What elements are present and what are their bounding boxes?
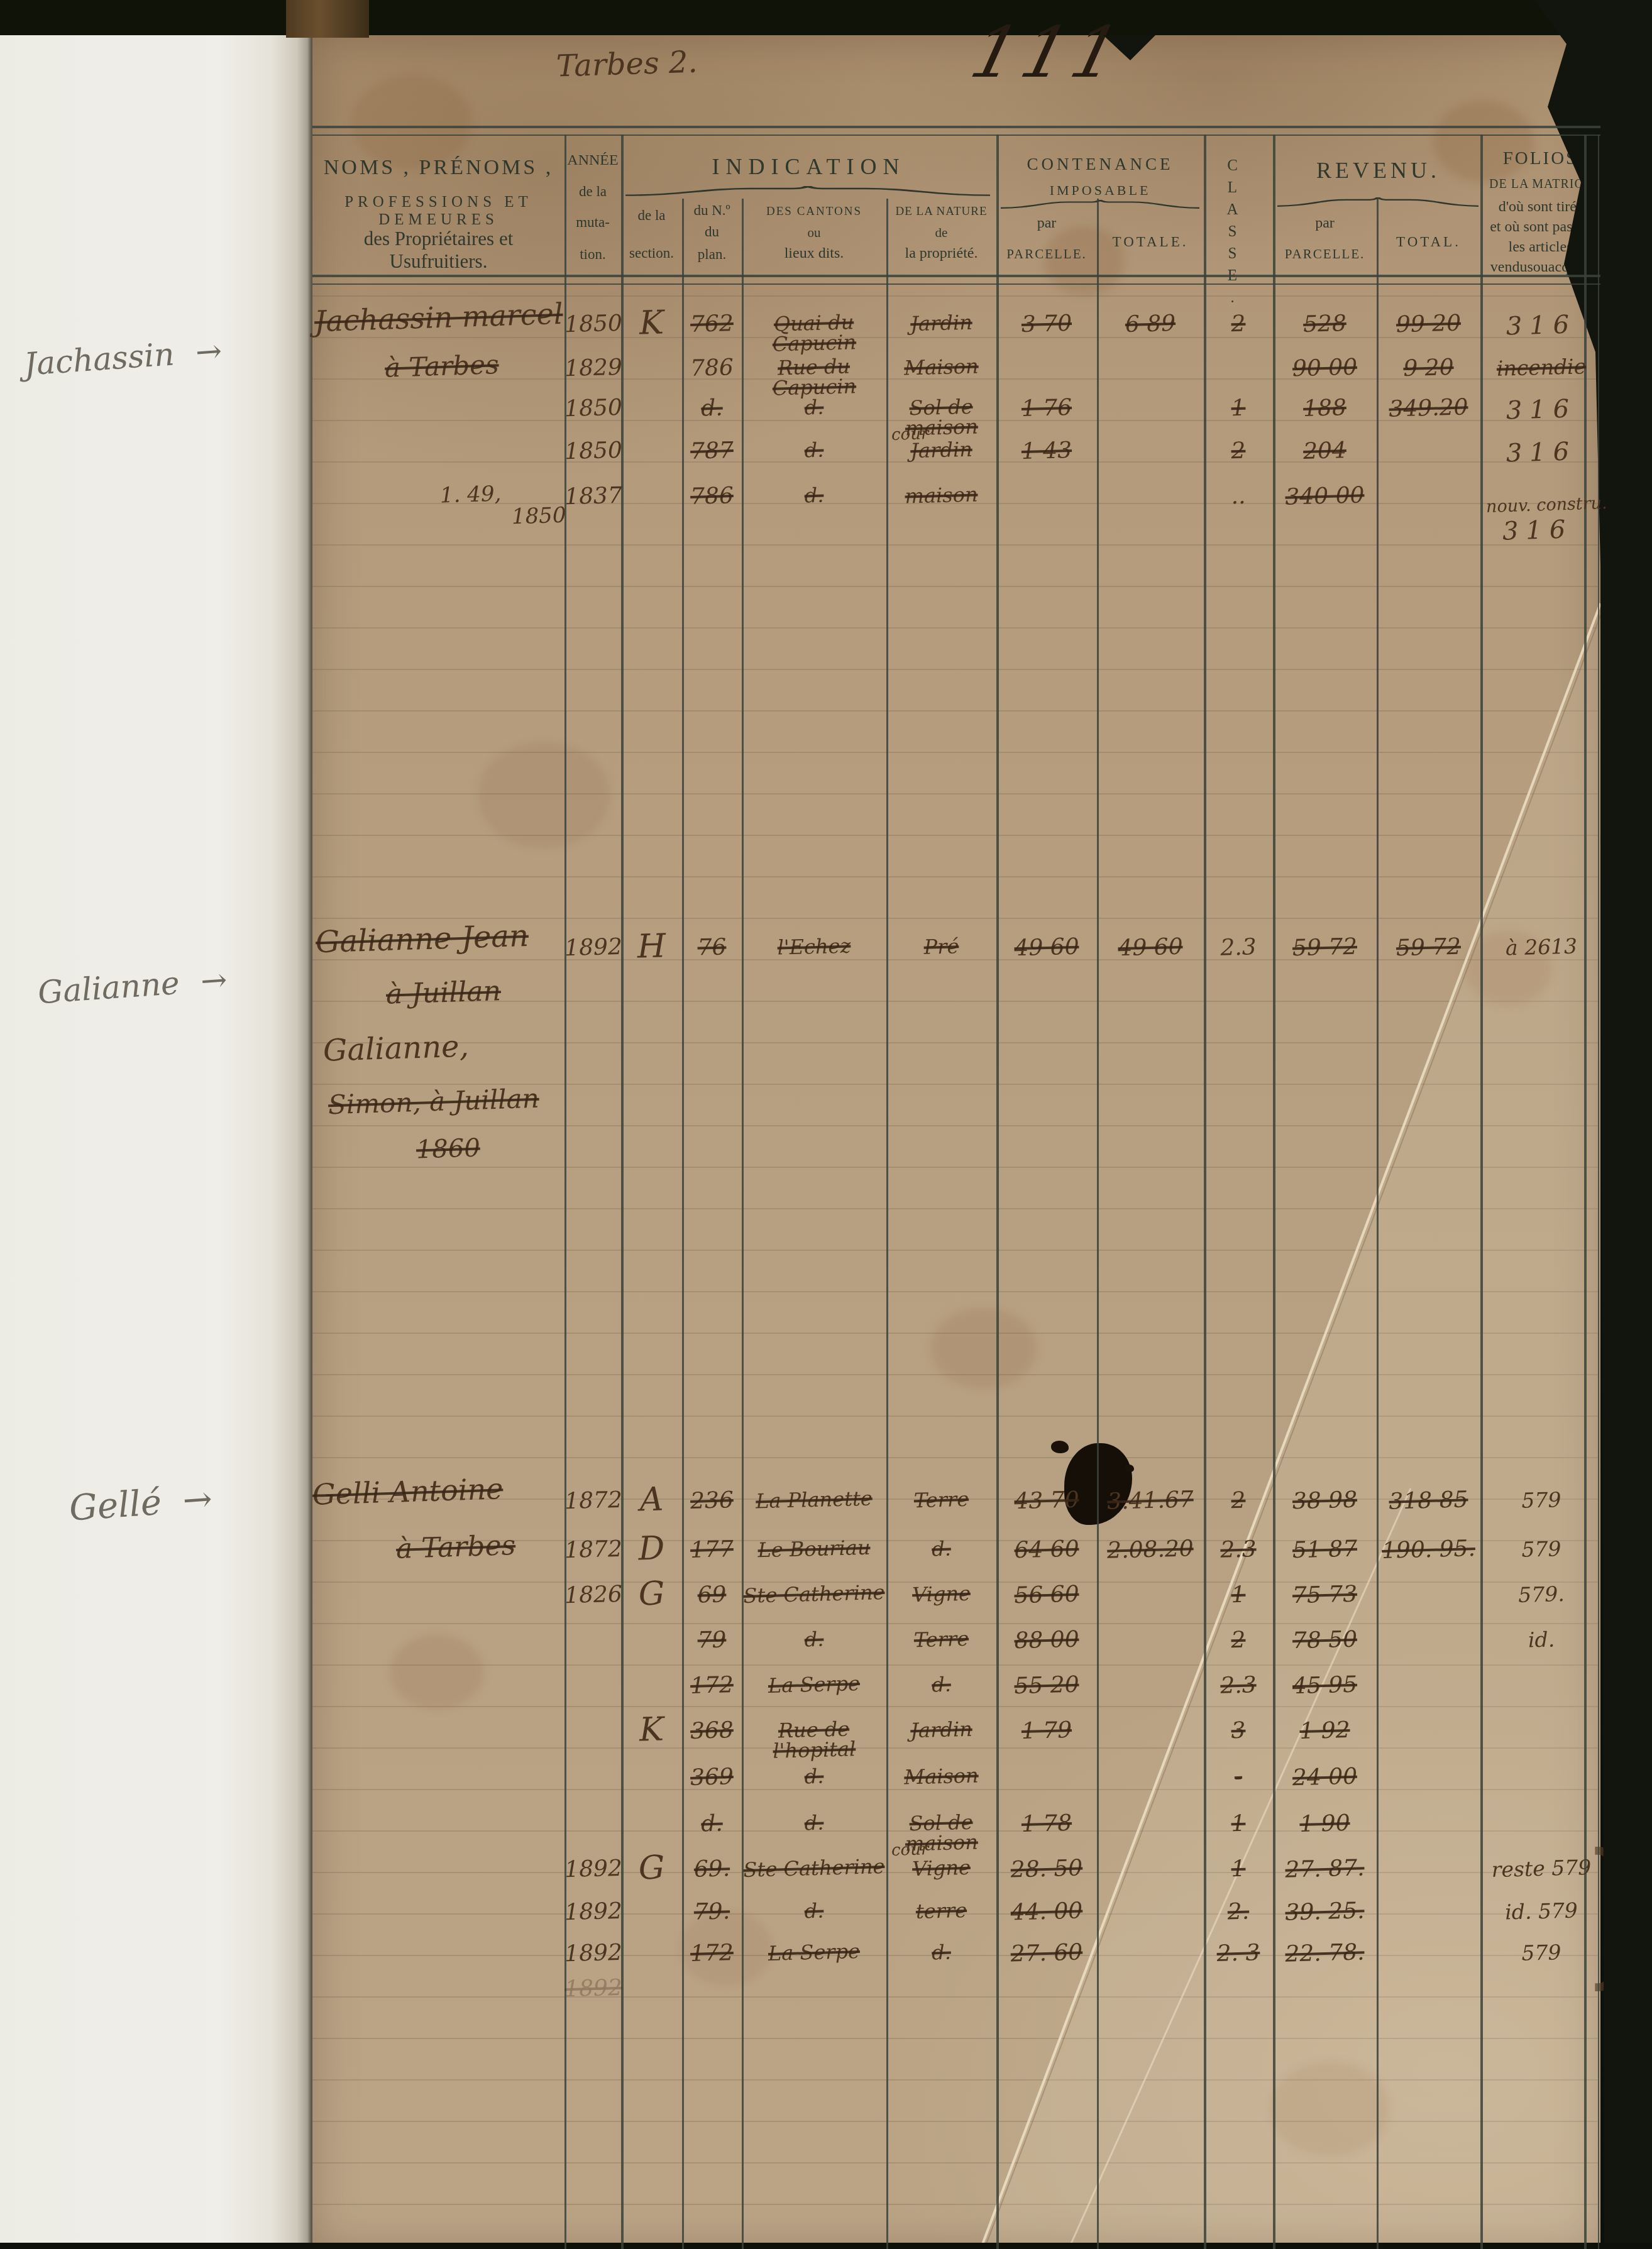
entry-gellé-row1-section: D [620,1532,682,1566]
entry-gellé-row10-plan: 172 [682,1942,742,1966]
annotation-galianne-4: 1860 [416,1135,480,1162]
entry-gellé-row8-rev_parc: 27. 87. [1273,1857,1377,1882]
entry-galianne-row0-cont_tot: 49 60 [1097,935,1204,960]
table-rule-h [312,283,1600,285]
table-rule-h [312,126,1600,128]
annotation-galianne-2: Galianne, [322,1031,469,1065]
entry-jachassin-row2-rev_parc: 188 [1273,396,1377,421]
entry-gellé-row4-rev_parc: 45 95 [1273,1673,1377,1698]
entry-jachassin-row2-rev_tot: 349.20 [1377,396,1481,421]
entry-gellé-row5-section: K [620,1713,682,1747]
entry-gellé-row1-folio: 579 [1482,1537,1601,1561]
entry-gellé-row1-plan: 177 [682,1538,742,1562]
annotation-gellé-1: à Tarbes [395,1532,515,1563]
entry-jachassin-row0-cont_parc: 3 70 [996,312,1098,337]
entry-gellé-row2-canton: Ste Catherine [742,1582,887,1606]
entry-gellé-row4-plan: 172 [682,1674,742,1698]
entry-gellé-row6-rev_parc: 24 00 [1273,1765,1377,1790]
entry-gellé-row2-plan: 69 [682,1583,742,1607]
entry-gellé-row8-canton: Ste Catherine [742,1856,887,1880]
entry-galianne-row0-cont_parc: 49 60 [996,935,1098,960]
entry-gellé-row5-cont_parc: 1 79 [996,1718,1098,1744]
entry-jachassin-row4-classe: .. [1204,485,1274,509]
entry-jachassin-row4-nature: maison [886,484,997,507]
entry-gellé-row0-plan: 236 [682,1489,742,1513]
annotation-galianne-0: Galianne Jean [315,921,529,958]
entry-gellé-row1-annee: 1872 [564,1538,623,1562]
entry-gellé-row4-canton: La Serpe [742,1673,887,1696]
entry-gellé-row5-canton: Rue de l'hopital [741,1718,887,1762]
entry-gellé-row3-plan: 79 [682,1629,742,1652]
entry-galianne-row0-annee: 1892 [564,936,623,960]
entry-gellé-row3-rev_parc: 78 50 [1273,1628,1377,1653]
entry-jachassin-row0-rev_tot: 99 20 [1377,312,1481,337]
entry-gellé-row1-canton: Le Bouriau [742,1537,887,1561]
entry-jachassin-row1-folio: incendie [1482,356,1601,380]
entry-jachassin-row1-plan: 786 [682,356,742,380]
entry-gellé-row9-rev_parc: 39. 25. [1273,1900,1377,1925]
entry-jachassin-row1-annee: 1829 [564,356,623,380]
table-rule-h [312,135,1600,136]
entry-gellé-row0-folio: 579 [1482,1488,1601,1512]
entry-gellé-row0-rev_tot: 318 85 [1377,1488,1481,1514]
entry-gellé-row8-cont_parc: 28. 50 [996,1857,1098,1882]
entry-gellé-row9-nature: terre [886,1900,997,1923]
entry-gellé-row0-cont_parc: 43 70 [996,1488,1098,1514]
entry-gellé-row2-section: G [620,1577,682,1612]
entry-gellé-row1-rev_parc: 51 87 [1273,1537,1377,1563]
entry-gellé-row1-classe: 2.3 [1204,1538,1274,1563]
entry-gellé-row4-classe: 2.3 [1204,1674,1274,1698]
annotation-jachassin-5: nouv. constru. [1486,495,1607,515]
entry-gellé-row6-canton: d. [742,1764,887,1788]
entry-galianne-row0-classe: 2.3 [1204,936,1274,960]
entry-gellé-row0-rev_parc: 38 98 [1273,1488,1377,1514]
entry-galianne-row0-folio: à 2613 [1482,935,1601,959]
entry-gellé-row4-cont_parc: 55 20 [996,1673,1098,1698]
entry-galianne-row0-nature: Pré [886,935,997,959]
entry-gellé-row7-classe: 1 [1204,1812,1274,1837]
annotation-galianne-1: à Juillan [385,977,501,1009]
entry-jachassin-row3-plan: 787 [682,439,742,463]
entry-gellé-row0-classe: 2 [1204,1489,1274,1514]
entry-jachassin-row0-annee: 1850 [564,312,623,336]
entry-jachassin-row1-rev_tot: 9 20 [1377,356,1481,381]
entry-galianne-row0-section: H [620,930,682,964]
entry-gellé-row3-folio: id. [1482,1628,1601,1652]
entry-gellé-row10-nature: d. [886,1941,997,1964]
entry-gellé-row1-cont_tot: 2.08.20 [1097,1537,1204,1563]
entry-gellé-row2-rev_parc: 75 73 [1273,1583,1377,1608]
entry-jachassin-row3-cont_parc: 1 43 [996,439,1098,464]
entry-gellé-row8-plan: 69. [682,1857,742,1881]
entry-gellé-row10-rev_parc: 22. 78. [1273,1941,1377,1966]
entry-galianne-row0-rev_tot: 59 72 [1377,935,1481,960]
entry-gellé-row8-folio: reste 579 [1482,1857,1601,1881]
entry-gellé-row4-nature: d. [886,1673,997,1696]
entry-gellé-row10-folio: 579 [1482,1941,1601,1965]
entry-gellé-row9-cont_parc: 44. 00 [996,1900,1098,1925]
entry-jachassin-row3-folio: 316 [1482,439,1601,467]
entry-jachassin-row0-classe: 2 [1204,312,1274,337]
entry-gellé-row0-canton: La Planette [742,1488,887,1512]
entry-jachassin-row3-classe: 2 [1204,439,1274,464]
entry-gellé-row7-canton: d. [742,1811,887,1835]
entry-gellé-row3-nature: Terre [886,1628,997,1651]
annotation-jachassin-6: 316 [1502,517,1573,544]
entry-gellé-row8-classe: 1 [1204,1857,1274,1882]
annotation-galianne-3: Simon, à Juillan [328,1086,539,1119]
entry-gellé-row5-rev_parc: 1 92 [1273,1718,1377,1744]
entry-jachassin-row4-plan: 786 [682,485,742,509]
annotation-jachassin-0: Jachassin marcel [314,299,563,336]
entry-gellé-row9-annee: 1892 [564,1900,623,1924]
annotation-jachassin-3: 1850 [511,505,566,528]
entry-galianne-row0-canton: l'Echez [742,935,887,959]
entry-jachassin-row3-annee: 1850 [564,439,623,463]
entry-jachassin-row2-plan: d. [682,397,742,421]
annotation-jachassin-2: 1. 49, [439,483,501,506]
entry-gellé-row6-classe: - [1204,1766,1274,1790]
entry-jachassin-row0-folio: 316 [1482,312,1601,340]
entry-gellé-row0-annee: 1872 [564,1489,623,1513]
entry-gellé-row1-rev_tot: 190. 95. [1377,1537,1481,1563]
entry-gellé-row9-folio: id. 579 [1482,1900,1601,1923]
entry-galianne-row0-rev_parc: 59 72 [1273,935,1377,960]
entry-jachassin-row2-folio: 316 [1482,396,1601,424]
entry-gellé-row11-annee: 1892 [564,1977,623,2001]
annotation-gellé-0: Gelli Antoine [312,1474,504,1509]
entry-gellé-row7-cont_parc: 1 78 [996,1812,1098,1837]
annotation-jachassin-4: cour [891,426,929,443]
entry-gellé-row9-plan: 79. [682,1900,742,1924]
entry-gellé-row7-rev_parc: 1 90 [1273,1812,1377,1837]
annotation-jachassin-1: à Tarbes [384,351,499,382]
entry-jachassin-row4-annee: 1837 [564,485,623,509]
entry-gellé-row3-canton: d. [742,1627,887,1651]
entry-jachassin-row1-rev_parc: 90 00 [1273,356,1377,381]
entry-gellé-row0-nature: Terre [886,1488,997,1512]
entry-gellé-row0-section: A [620,1483,682,1517]
entry-jachassin-row0-canton: Quai du Capucin [741,311,887,355]
entry-gellé-row6-plan: 369 [682,1766,742,1790]
entry-jachassin-row1-nature: Maison [886,356,997,379]
table-rule-h [312,275,1600,277]
entry-gellé-row5-plan: 368 [682,1719,742,1743]
entry-gellé-row3-cont_parc: 88 00 [996,1628,1098,1653]
entry-gellé-row10-annee: 1892 [564,1942,623,1966]
entry-jachassin-row4-rev_parc: 340 00 [1273,484,1377,509]
entry-gellé-row0-cont_tot: 3.41.67 [1097,1488,1204,1514]
entry-gellé-row9-classe: 2. [1204,1900,1274,1925]
entry-gellé-row8-annee: 1892 [564,1857,623,1881]
entry-jachassin-row0-plan: 762 [682,312,742,336]
entry-jachassin-row3-rev_parc: 204 [1273,439,1377,464]
entry-gellé-row2-folio: 579. [1482,1583,1601,1607]
entry-jachassin-row0-section: K [620,306,682,341]
entry-jachassin-row0-rev_parc: 528 [1273,312,1377,337]
entry-gellé-row8-nature: Vigne [886,1857,997,1880]
entry-gellé-row1-nature: d. [886,1537,997,1561]
entry-gellé-row10-classe: 2. 3 [1204,1942,1274,1966]
entry-gellé-row9-canton: d. [742,1899,887,1923]
entry-jachassin-row4-canton: d. [742,483,887,507]
entry-gellé-row2-classe: 1 [1204,1583,1274,1608]
scanned-register-spread: Tarbes 2. 111 NOMS , PRÉNOMS , PROFESSIO… [0,0,1652,2249]
entry-gellé-row10-cont_parc: 27. 60 [996,1941,1098,1966]
entry-gellé-row5-classe: 3 [1204,1719,1274,1744]
entry-jachassin-row2-canton: d. [742,395,887,419]
entry-gellé-row10-canton: La Serpe [742,1940,887,1964]
entry-gellé-row5-nature: Jardin [886,1718,997,1742]
entry-gellé-row1-cont_parc: 64 60 [996,1537,1098,1563]
entry-gellé-row7-plan: d. [682,1812,742,1836]
scan-background-bottom [0,2243,1652,2249]
entry-jachassin-row0-cont_tot: 6 89 [1097,312,1204,337]
annotation-gellé-2: cour [891,1841,929,1859]
entry-jachassin-row3-canton: d. [742,438,887,462]
entry-jachassin-row1-canton: Rue du Capucin [741,355,887,399]
table-rule-v-sub [1097,199,1099,2249]
entry-galianne-row0-plan: 76 [682,936,742,960]
entry-jachassin-row0-nature: Jardin [886,312,997,335]
entry-gellé-row2-cont_parc: 56 60 [996,1583,1098,1608]
entry-gellé-row2-nature: Vigne [886,1583,997,1606]
entry-jachassin-row2-annee: 1850 [564,397,623,421]
entry-gellé-row3-classe: 2 [1204,1629,1274,1653]
entry-gellé-row2-annee: 1826 [564,1583,623,1607]
entry-gellé-row8-section: G [620,1851,682,1886]
entry-gellé-row6-nature: Maison [886,1765,997,1788]
entry-jachassin-row2-classe: 1 [1204,397,1274,421]
entry-jachassin-row2-cont_parc: 1 76 [996,396,1098,421]
